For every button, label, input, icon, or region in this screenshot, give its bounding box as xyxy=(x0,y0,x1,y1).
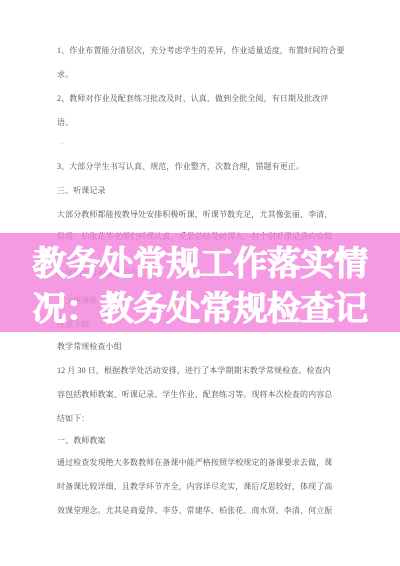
doc-line: 效课堂理念。尤其是商爱萍、李芬、常建华、柏张花、商水贤、李清、何立振 xyxy=(57,506,347,516)
doc-stray-mark: · xyxy=(61,139,351,149)
doc-line: 时备课比较详细，且教学环节齐全，内容详尽充实，课后反思较好，体现了高 xyxy=(57,482,347,492)
doc-line: 3、大部分学生书写认真、规范，作业整齐，次数合理，错题有更正。 xyxy=(57,162,347,172)
doc-line: 大部分教师都能按教导处安排积极听课，听课节数充足，尤其像张丽、李清、 xyxy=(57,210,347,220)
doc-line: 12 月 30 日，根据教学处活动安排，进行了本学期期末教学常规检查。检查内 xyxy=(57,366,347,376)
doc-line: 1、作业布置能分清层次，充分考虑学生的差异，作业适量适度，布置时间符合要 xyxy=(57,46,347,56)
doc-signature-line: 教学常规检查小组 xyxy=(57,342,347,352)
overlay-title-line1: 教务处常规工作落实情 xyxy=(0,242,400,287)
doc-line: 通过检查发现绝大多数教师在备课中能严格按照学校规定的备课要求去做，课 xyxy=(57,458,347,468)
doc-line: 求。 xyxy=(57,70,347,80)
document-page: 1、作业布置能分清层次，充分考虑学生的差异，作业适量适度，布置时间符合要 求。 … xyxy=(0,0,400,566)
doc-line: 结如下： xyxy=(57,414,347,424)
doc-line: 语。 xyxy=(57,118,347,128)
doc-line: 2、教师对作业及配套练习批改及时、认真，做到全批全阅，有日期及批改评 xyxy=(57,94,347,104)
doc-section-heading: 三、听课记录 xyxy=(57,186,347,196)
doc-line: 容包括教师教案、听课记录、学生作业、配套练习等。现将本次检查的内容总 xyxy=(57,390,347,400)
overlay-title-line2: 况：教务处常规检查记 xyxy=(0,287,400,332)
doc-section-heading: 一、教师教案 xyxy=(57,436,347,446)
